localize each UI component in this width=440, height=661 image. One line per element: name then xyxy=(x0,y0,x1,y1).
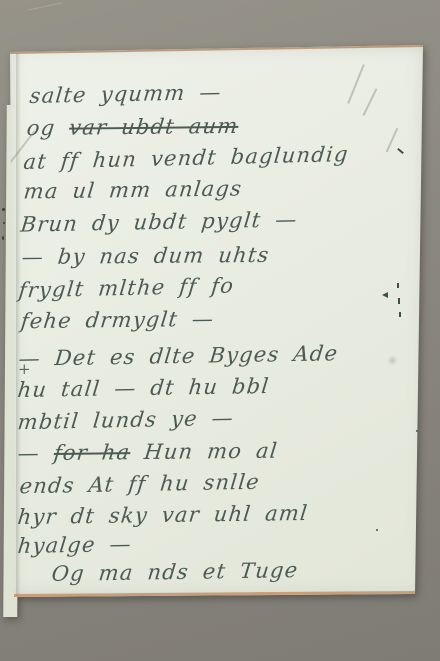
manuscript-line: hyalge — xyxy=(17,532,134,558)
ink-speck xyxy=(399,312,401,317)
handwritten-words: — xyxy=(16,441,55,465)
ink-speck xyxy=(397,283,399,288)
manuscript-line: hu tall — dt hu bbl xyxy=(16,374,270,402)
edge-speck xyxy=(2,236,4,240)
handwritten-words: fryglt mlthe ff fo xyxy=(18,274,236,303)
ink-speck xyxy=(420,456,422,458)
handwritten-words: hyr dt sky var uhl aml xyxy=(16,501,309,529)
manuscript-line: hyr dt sky var uhl aml xyxy=(16,501,309,529)
manuscript-line: at ff hun vendt baglundig xyxy=(22,142,350,174)
manuscript-text: salte yqumm —og var ubdt aumat ff hun ve… xyxy=(9,45,426,598)
manuscript-line: og var ubdt aum xyxy=(26,114,240,140)
edge-speck xyxy=(2,208,5,211)
ink-speck xyxy=(376,529,378,531)
manuscript-line: mbtil lunds ye — xyxy=(17,406,236,435)
photo-backdrop: { "document": { "kind": "handwritten man… xyxy=(0,0,440,661)
manuscript-line: fehe drmyglt — xyxy=(20,307,216,333)
ink-speck xyxy=(418,444,420,447)
handwritten-words: Brun dy ubdt pyglt — xyxy=(19,207,298,236)
handwritten-words: — by nas dum uhts xyxy=(21,243,271,269)
manuscript-line: fryglt mlthe ff fo xyxy=(18,274,236,303)
handwritten-words: hu tall — dt hu bbl xyxy=(16,374,270,402)
handwritten-words: mbtil lunds ye — xyxy=(17,406,236,435)
handwritten-words: fehe drmyglt — xyxy=(20,307,216,333)
margin-arrow-mark xyxy=(382,292,388,298)
handwritten-words: og xyxy=(26,116,71,140)
ink-speck xyxy=(398,298,400,304)
handwritten-words: salte yqumm — xyxy=(29,80,223,108)
handwritten-words: hyalge — xyxy=(17,532,134,558)
manuscript-line: Og ma nds et Tuge xyxy=(50,558,299,586)
handwritten-words: ma ul mm anlags xyxy=(23,176,244,203)
manuscript-line: salte yqumm — xyxy=(29,80,223,108)
ink-smudge xyxy=(387,355,398,366)
manuscript-line: Brun dy ubdt pyglt — xyxy=(19,207,298,236)
manuscript-page: salte yqumm —og var ubdt aumat ff hun ve… xyxy=(9,45,426,598)
manuscript-line: — by nas dum uhts xyxy=(21,243,271,269)
margin-plus-mark: + xyxy=(18,360,31,378)
backdrop-scratch xyxy=(28,2,61,10)
paper-sheet: salte yqumm —og var ubdt aumat ff hun ve… xyxy=(9,45,426,598)
handwritten-words: Hun mo al xyxy=(129,439,279,465)
ink-speck xyxy=(416,430,418,432)
struck-words: for ha xyxy=(53,440,132,465)
handwritten-words: — Det es dlte Byges Ade xyxy=(17,341,339,371)
struck-words: var ubdt aum xyxy=(68,114,240,140)
handwritten-words: at ff hun vendt baglundig xyxy=(22,142,350,174)
manuscript-line: — for ha Hun mo al xyxy=(16,439,279,466)
manuscript-line: ma ul mm anlags xyxy=(23,176,244,203)
manuscript-line: — Det es dlte Byges Ade xyxy=(17,341,339,371)
handwritten-words: ends At ff hu snlle xyxy=(18,470,261,499)
manuscript-line: ends At ff hu snlle xyxy=(18,470,261,499)
handwritten-words: Og ma nds et Tuge xyxy=(50,558,299,586)
edge-speck xyxy=(3,222,5,224)
